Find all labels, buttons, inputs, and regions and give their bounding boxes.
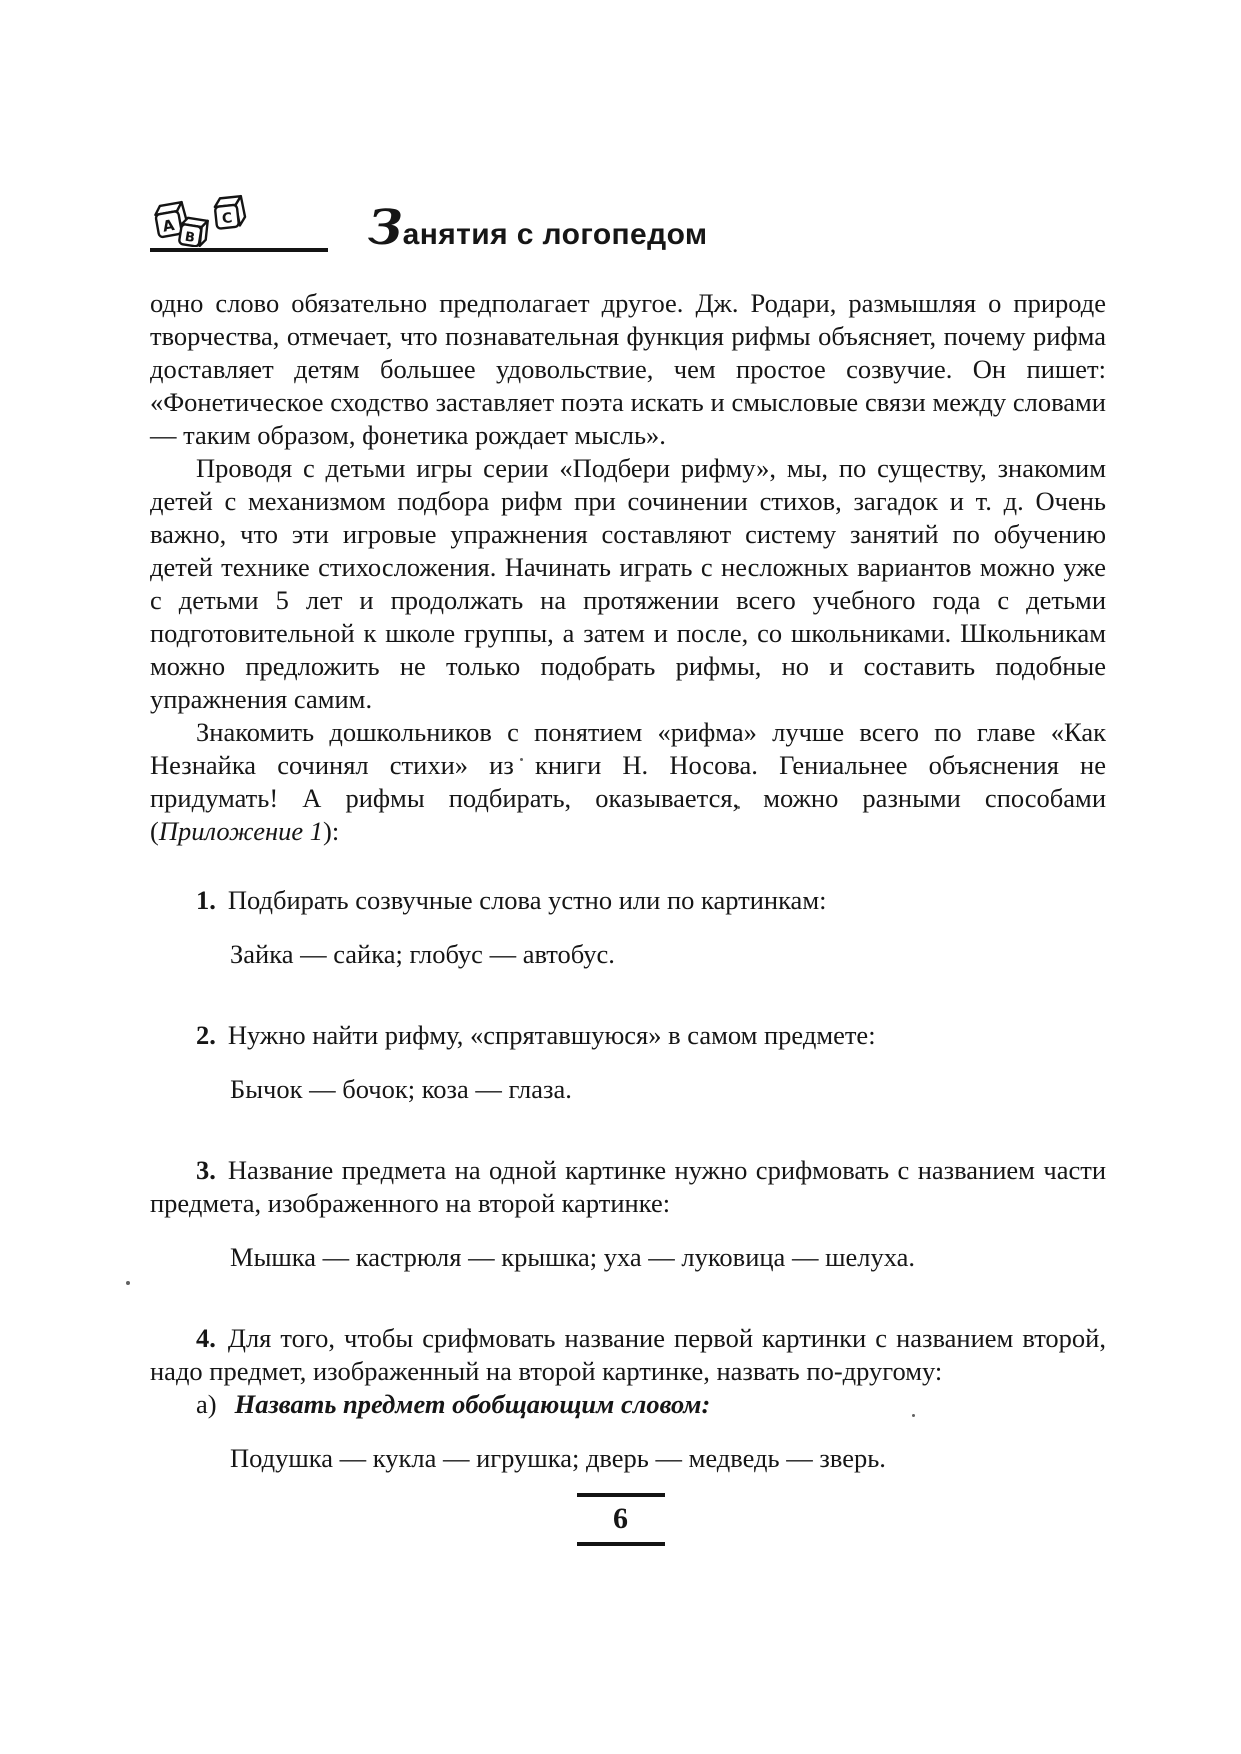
paragraph-2: Проводя с детьми игры серии «Подбери риф… — [150, 452, 1106, 716]
paragraph-3: Знакомить дошкольников с понятием «рифма… — [150, 716, 1106, 848]
list-item-2-text: 2.Нужно найти рифму, «спрятавшуюся» в са… — [150, 1019, 1106, 1052]
list-item-4-number: 4. — [196, 1323, 216, 1353]
list-item-4-subitem-a: а)Назвать предмет обобщающим словом: — [150, 1388, 1106, 1421]
list-item-4: 4.Для того, чтобы срифмовать название пе… — [150, 1322, 1106, 1475]
scan-speck — [737, 806, 740, 809]
paragraph-1: одно слово обязательно предполагает друг… — [150, 287, 1106, 452]
footer-rule-top — [577, 1493, 665, 1497]
page-header: А В — [150, 192, 1106, 252]
page-content: А В — [150, 192, 1106, 1475]
page-number: 6 — [613, 1504, 628, 1534]
page-title: Занятия с логопедом — [368, 204, 708, 252]
paragraph-3-tail: ): — [323, 816, 339, 846]
subitem-a-text: Назвать предмет обобщающим словом: — [235, 1389, 711, 1419]
list-item-3-text: 3.Название предмета на одной картинке ну… — [150, 1154, 1106, 1220]
header-rule: А В — [150, 191, 328, 252]
alphabet-blocks-icon: А В — [150, 191, 250, 247]
list-item-1-body: Подбирать созвучные слова устно или по к… — [228, 885, 827, 915]
list-item-2-example: Бычок — бочок; коза — глаза. — [230, 1073, 1106, 1106]
book-page: А В — [0, 0, 1241, 1754]
list-item-4-text: 4.Для того, чтобы срифмовать название пе… — [150, 1322, 1106, 1388]
list-item-1-text: 1.Подбирать созвучные слова устно или по… — [150, 884, 1106, 917]
scan-speck — [520, 758, 523, 761]
page-body: одно слово обязательно предполагает друг… — [150, 287, 1106, 1475]
svg-text:С: С — [221, 210, 233, 227]
list-item-1-example: Зайка — сайка; глобус — автобус. — [230, 938, 1106, 971]
subitem-a-label: а) — [196, 1389, 217, 1419]
numbered-list: 1.Подбирать созвучные слова устно или по… — [150, 884, 1106, 1475]
list-item-3-example: Мышка — кастрюля — крышка; уха — луковиц… — [230, 1241, 1106, 1274]
scan-speck — [126, 1281, 130, 1285]
scan-speck — [912, 1414, 915, 1417]
list-item-1-number: 1. — [196, 885, 216, 915]
list-item-4-body: Для того, чтобы срифмовать название перв… — [150, 1323, 1106, 1386]
list-item-3-number: 3. — [196, 1155, 216, 1185]
list-item-2-body: Нужно найти рифму, «спрятавшуюся» в само… — [228, 1020, 876, 1050]
footer-rule-bottom — [577, 1542, 665, 1546]
list-item-2: 2.Нужно найти рифму, «спрятавшуюся» в са… — [150, 1019, 1106, 1106]
list-item-1: 1.Подбирать созвучные слова устно или по… — [150, 884, 1106, 971]
list-item-3-body: Название предмета на одной картинке нужн… — [150, 1155, 1106, 1218]
list-item-2-number: 2. — [196, 1020, 216, 1050]
list-item-4-example: Подушка — кукла — игрушка; дверь — медве… — [230, 1442, 1106, 1475]
appendix-reference: Приложение 1 — [159, 816, 323, 846]
list-item-3: 3.Название предмета на одной картинке ну… — [150, 1154, 1106, 1274]
page-footer: 6 — [0, 1493, 1241, 1546]
